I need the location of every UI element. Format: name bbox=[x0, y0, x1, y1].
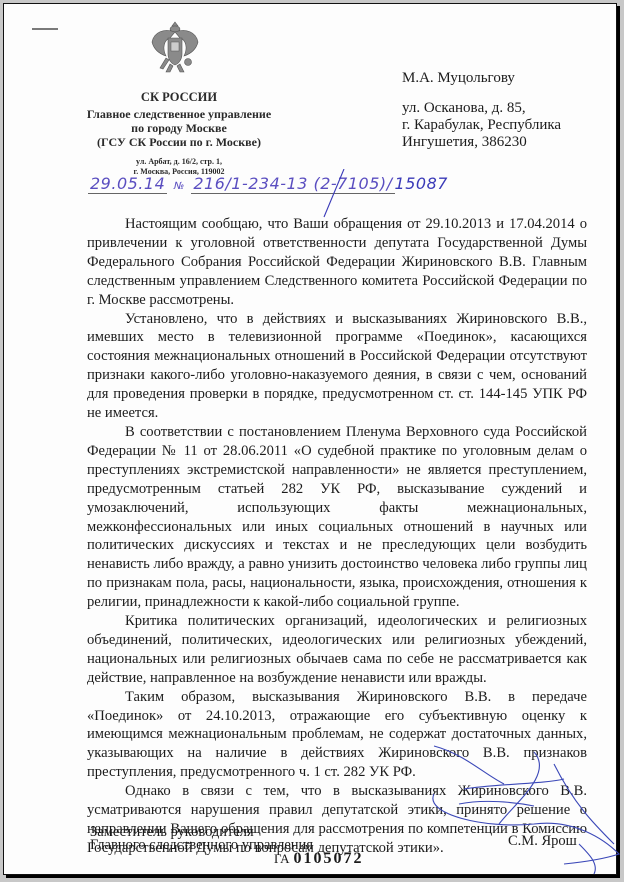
paragraph: Установлено, что в действиях и высказыва… bbox=[87, 310, 587, 423]
letter-body: Настоящим сообщаю, что Ваши обращения от… bbox=[87, 215, 587, 858]
paragraph: Настоящим сообщаю, что Ваши обращения от… bbox=[87, 215, 587, 310]
paragraph: В соответствии с постановлением Пленума … bbox=[87, 423, 587, 612]
corner-mark bbox=[32, 28, 58, 30]
signer-position: Заместитель руководителя Главного следст… bbox=[90, 826, 313, 852]
russian-coat-of-arms-icon bbox=[144, 18, 206, 76]
serial-number: 0105072 bbox=[294, 850, 364, 867]
recipient-address: ул. Оскановa, д. 85, г. Карабулак, Респу… bbox=[402, 100, 561, 151]
paragraph: Таким образом, высказывания Жириновского… bbox=[87, 688, 587, 783]
paragraph: Критика политических организаций, идеоло… bbox=[87, 612, 587, 688]
address-line: Ингушетия, 386230 bbox=[402, 134, 561, 151]
org-line: (ГСУ СК России по г. Москве) bbox=[44, 135, 314, 149]
org-line: Главное следственное управление bbox=[44, 107, 314, 121]
document-page: СК РОССИИ Главное следственное управлени… bbox=[3, 3, 617, 875]
address-line: ул. Оскановa, д. 85, bbox=[402, 100, 561, 117]
form-serial-number: ГА0105072 bbox=[274, 850, 364, 868]
org-line: по городу Москве bbox=[44, 121, 314, 135]
address-line: ул. Арбат, д. 16/2, стр. 1, bbox=[44, 157, 314, 167]
signer-name: С.М. Ярош bbox=[508, 833, 577, 850]
serial-prefix: ГА bbox=[274, 851, 290, 866]
number-sign: № bbox=[174, 181, 185, 192]
org-short-name: СК РОССИИ bbox=[44, 90, 314, 105]
recipient-name: М.А. Муцольгову bbox=[402, 70, 515, 87]
handwritten-mark-icon bbox=[294, 169, 404, 219]
address-line: г. Карабулак, Республика bbox=[402, 117, 561, 134]
reference-date: 29.05.14 bbox=[88, 174, 167, 194]
org-full-name: Главное следственное управление по город… bbox=[44, 107, 314, 149]
